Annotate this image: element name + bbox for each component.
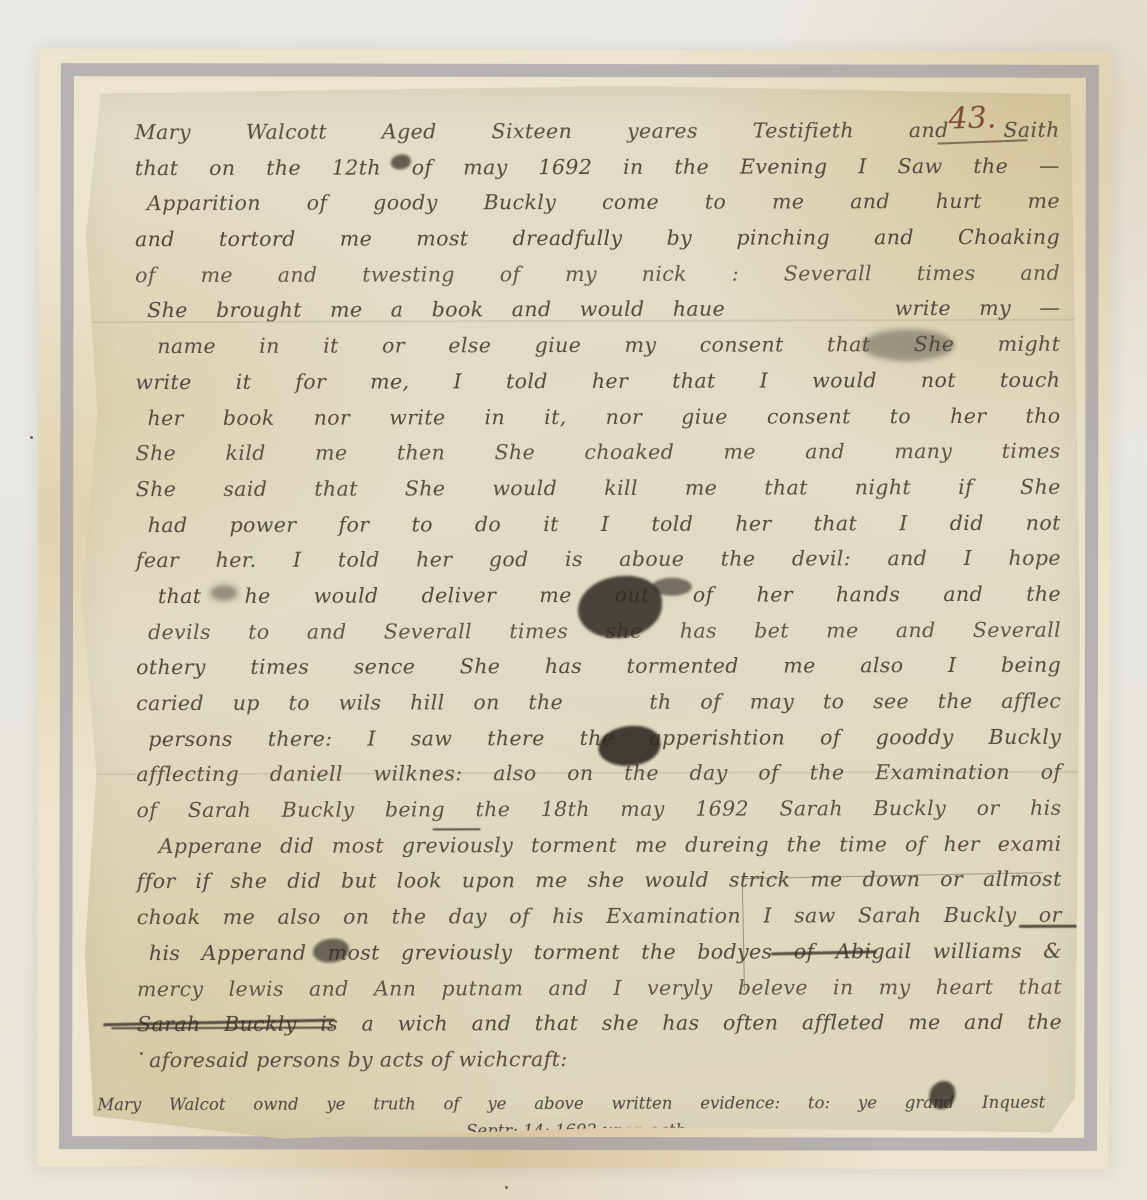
manuscript-line: her book nor write in it, nor giue conse… [135, 398, 1060, 436]
attestation-line: Mary Walcot ownd ye truth of ye above wr… [97, 1089, 1045, 1118]
manuscript-line: fear her. I told her god is aboue the de… [136, 541, 1061, 579]
manuscript-line: and tortord me most dreadfully by pinchi… [135, 220, 1060, 258]
manuscript-line: Mary Walcott Aged Sixteen yeares Testifi… [135, 113, 1060, 151]
manuscript-line: Apperane did most greviously torment me … [137, 826, 1062, 864]
manuscript-paper: 43. Mary Walcott Aged Sixteen yeares Tes… [79, 85, 1082, 1144]
strikethrough-mark [433, 828, 481, 830]
manuscript-line: She kild me then She choaked me and many… [136, 434, 1061, 472]
strikethrough-mark [1019, 925, 1077, 928]
manuscript-line: write it for me, I told her that I would… [135, 363, 1060, 401]
manuscript-line: that on the 12th of may 1692 in the Even… [135, 148, 1060, 186]
ink-smudge [210, 585, 238, 601]
manuscript-line: She said that She would kill me that nig… [136, 470, 1061, 508]
dust-speck [140, 1052, 143, 1055]
marginal-bracket-line [742, 872, 1045, 991]
manuscript-line: of Sarah Buckly being the 18th may 1692 … [136, 791, 1061, 829]
manuscript-photo: 43. Mary Walcott Aged Sixteen yeares Tes… [0, 0, 1147, 1200]
manuscript-line: caried up to wils hill on the th of may … [136, 684, 1061, 722]
manuscript-line: othery times sence She has tormented me … [136, 648, 1061, 686]
dust-speck [505, 1186, 508, 1189]
manuscript-line: Apparition of goody Buckly come to me an… [135, 184, 1060, 222]
manuscript-line: Sarah Buckly is a wich and that she has … [137, 1005, 1062, 1043]
ink-smudge [861, 329, 954, 361]
manuscript-line: had power for to do it I told her that I… [136, 505, 1061, 543]
manuscript-line: aforesaid persons by acts of wichcraft: [137, 1042, 686, 1079]
manuscript-line: of me and twesting of my nick : Severall… [135, 255, 1060, 293]
manuscript-line: She brought me a book and would haue wri… [135, 291, 1060, 329]
dust-speck [30, 436, 33, 439]
ink-blot [652, 578, 692, 596]
